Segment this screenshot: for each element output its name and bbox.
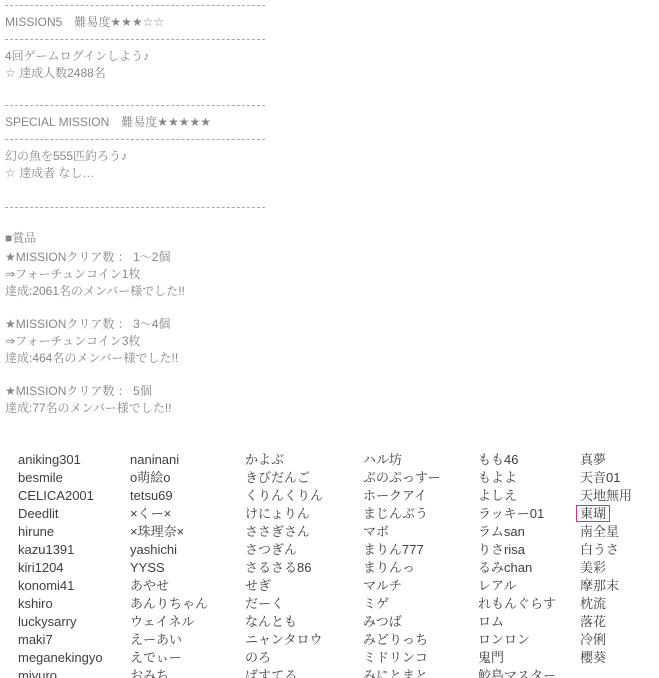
player-name: えでぃー xyxy=(130,649,208,667)
player-name: ラムsan xyxy=(478,523,556,541)
dashed-divider xyxy=(5,105,265,106)
player-name: ミドリンコ xyxy=(363,649,441,667)
mission5-detail: 4回ゲームログインしよう♪ ☆ 達成人数2488名 xyxy=(5,48,659,82)
member-list: aniking301besmileCELICA2001Deedlithirune… xyxy=(0,451,659,678)
dashed-divider xyxy=(5,139,265,140)
player-name: ハル坊 xyxy=(363,451,441,469)
prizes-heading: ■賞品 xyxy=(5,230,659,247)
special-mission-desc: 幻の魚を555匹釣ろう♪ xyxy=(5,148,659,165)
player-name: ×くー× xyxy=(130,505,208,523)
player-name: 櫻葵 xyxy=(580,649,632,667)
player-name: kshiro xyxy=(18,595,103,613)
player-name: なんとも xyxy=(245,613,323,631)
player-name: ばすてる xyxy=(245,667,323,678)
player-name: hirune xyxy=(18,523,103,541)
player-name: マルチ xyxy=(363,577,441,595)
player-name: ホークアイ xyxy=(363,487,441,505)
member-column: もも46もよよよしえラッキー01ラムsanりさrisaるみchanレアルれもんぐ… xyxy=(478,451,556,678)
player-name: YYSS xyxy=(130,559,208,577)
player-name: konomi41 xyxy=(18,577,103,595)
prize-condition: ★MISSIONクリア数 ： 5個 xyxy=(5,383,659,400)
player-name: れもんぐらす xyxy=(478,595,556,613)
prize-tier: ★MISSIONクリア数 ： 1〜2個 ⇒フォーチュンコイン1枚 達成:2061… xyxy=(5,249,659,300)
player-name: luckysarry xyxy=(18,613,103,631)
player-name: 鬼門 xyxy=(478,649,556,667)
player-name: せぎ xyxy=(245,577,323,595)
mission5-result: ☆ 達成人数2488名 xyxy=(5,65,659,82)
player-name: えーあい xyxy=(130,631,208,649)
player-name: 白うさ xyxy=(580,541,632,559)
player-name: ささぎさん xyxy=(245,523,323,541)
player-name: 南全星 xyxy=(580,523,632,541)
player-name: besmile xyxy=(18,469,103,487)
member-column: aniking301besmileCELICA2001Deedlithirune… xyxy=(18,451,103,678)
player-name: きびだんご xyxy=(245,469,323,487)
player-name: aniking301 xyxy=(18,451,103,469)
player-name: 美彩 xyxy=(580,559,632,577)
player-name: 摩那末 xyxy=(580,577,632,595)
special-mission-detail: 幻の魚を555匹釣ろう♪ ☆ 達成者 なし… xyxy=(5,148,659,182)
player-name: o萌絵o xyxy=(130,469,208,487)
dashed-divider xyxy=(5,207,265,208)
player-name: さるさる86 xyxy=(245,559,323,577)
player-name: ×珠理奈× xyxy=(130,523,208,541)
player-name: もよよ xyxy=(478,469,556,487)
prize-reward: ⇒フォーチュンコイン3枚 xyxy=(5,333,659,350)
member-column: かよぶきびだんごくりんくりんけにょりんささぎさんさつぎんさるさる86せぎだーくな… xyxy=(245,451,323,678)
prize-achieved: 達成:77名のメンバー様でした!! xyxy=(5,400,659,417)
player-name: ロム xyxy=(478,613,556,631)
prize-tier: ★MISSIONクリア数 ： 5個 達成:77名のメンバー様でした!! xyxy=(5,383,659,417)
player-name: まりん777 xyxy=(363,541,441,559)
player-name: yashichi xyxy=(130,541,208,559)
player-name: CELICA2001 xyxy=(18,487,103,505)
member-column: 真夢天音01天地無用東瑚南全星白うさ美彩摩那末枕流落花冷俐櫻葵 xyxy=(580,451,632,667)
special-mission-result: ☆ 達成者 なし… xyxy=(5,165,659,182)
player-name: 東瑚 xyxy=(580,505,632,523)
player-name: まじんぶう xyxy=(363,505,441,523)
player-name: のろ xyxy=(245,649,323,667)
player-name: miyuro xyxy=(18,667,103,678)
dashed-divider xyxy=(5,5,265,6)
player-name: ニャンタロウ xyxy=(245,631,323,649)
player-name: レアル xyxy=(478,577,556,595)
player-name: ラッキー01 xyxy=(478,505,556,523)
player-name: 枕流 xyxy=(580,595,632,613)
player-name: みつば xyxy=(363,613,441,631)
player-name: 天地無用 xyxy=(580,487,632,505)
player-name: マボ xyxy=(363,523,441,541)
player-name: naninani xyxy=(130,451,208,469)
player-name: もも46 xyxy=(478,451,556,469)
player-name: kazu1391 xyxy=(18,541,103,559)
player-name: よしえ xyxy=(478,487,556,505)
player-name: みにとまと xyxy=(363,667,441,678)
player-name: 天音01 xyxy=(580,469,632,487)
player-name: あやせ xyxy=(130,577,208,595)
player-name: おみち xyxy=(130,667,208,678)
player-name: さつぎん xyxy=(245,541,323,559)
player-name: 冷俐 xyxy=(580,631,632,649)
mission5-desc: 4回ゲームログインしよう♪ xyxy=(5,48,659,65)
prize-condition: ★MISSIONクリア数 ： 3〜4個 xyxy=(5,316,659,333)
player-name: 真夢 xyxy=(580,451,632,469)
member-column: naninanio萌絵otetsu69×くー××珠理奈×yashichiYYSS… xyxy=(130,451,208,678)
prizes-section: ■賞品 ★MISSIONクリア数 ： 1〜2個 ⇒フォーチュンコイン1枚 達成:… xyxy=(5,230,659,417)
prize-tier: ★MISSIONクリア数 ： 3〜4個 ⇒フォーチュンコイン3枚 達成:464名… xyxy=(5,316,659,367)
prize-achieved: 達成:464名のメンバー様でした!! xyxy=(5,350,659,367)
player-name: けにょりん xyxy=(245,505,323,523)
dashed-divider xyxy=(5,39,265,40)
player-name: あんりちゃん xyxy=(130,595,208,613)
player-name: りさrisa xyxy=(478,541,556,559)
player-name: maki7 xyxy=(18,631,103,649)
player-name: ぷのぷっすー xyxy=(363,469,441,487)
player-name: だーく xyxy=(245,595,323,613)
highlighted-player-name: 東瑚 xyxy=(576,505,610,522)
prize-achieved: 達成:2061名のメンバー様でした!! xyxy=(5,283,659,300)
player-name: ミゲ xyxy=(363,595,441,613)
member-column: ハル坊ぷのぷっすーホークアイまじんぶうマボまりん777まりんっマルチミゲみつばみ… xyxy=(363,451,441,678)
player-name: Deedlit xyxy=(18,505,103,523)
player-name: 落花 xyxy=(580,613,632,631)
player-name: みどりっち xyxy=(363,631,441,649)
special-mission-title: SPECIAL MISSION 難易度★★★★★ xyxy=(5,114,659,131)
player-name: ウェイネル xyxy=(130,613,208,631)
player-name: かよぶ xyxy=(245,451,323,469)
player-name: tetsu69 xyxy=(130,487,208,505)
player-name: ロンロン xyxy=(478,631,556,649)
player-name: るみchan xyxy=(478,559,556,577)
player-name: kiri1204 xyxy=(18,559,103,577)
mission-board: MISSION5 難易度★★★☆☆ 4回ゲームログインしよう♪ ☆ 達成人数24… xyxy=(0,0,659,417)
mission5-title: MISSION5 難易度★★★☆☆ xyxy=(5,14,659,31)
prize-condition: ★MISSIONクリア数 ： 1〜2個 xyxy=(5,249,659,266)
prize-reward: ⇒フォーチュンコイン1枚 xyxy=(5,266,659,283)
player-name: くりんくりん xyxy=(245,487,323,505)
player-name: meganekingyo xyxy=(18,649,103,667)
player-name: 鮫島マスター xyxy=(478,667,556,678)
player-name: まりんっ xyxy=(363,559,441,577)
